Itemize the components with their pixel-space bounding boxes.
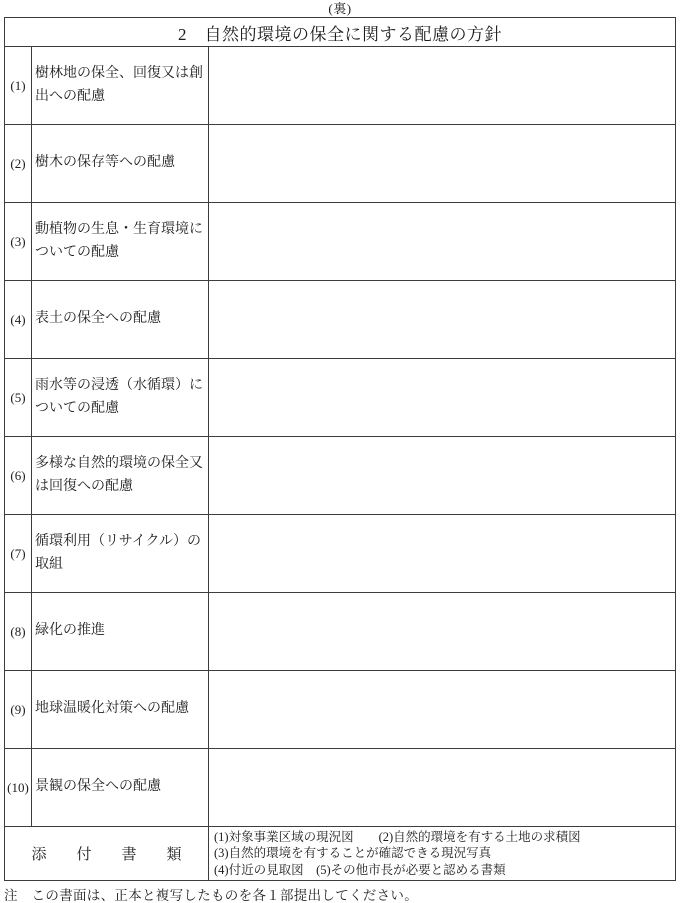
row-label: 循環利用（リサイクル）の取組	[31, 515, 208, 592]
attachments-row: 添 付 書 類 (1)対象事業区域の現況図 (2)自然的環境を有する土地の求積図…	[5, 826, 675, 880]
row-label: 緑化の推進	[31, 593, 208, 670]
table-row: (2) 樹木の保存等への配慮	[5, 124, 675, 202]
attachment-line: (3)自然的環境を有することが確認できる現況写真	[214, 845, 670, 861]
row-label: 動植物の生息・生育環境についての配慮	[31, 203, 208, 280]
table-row: (3) 動植物の生息・生育環境についての配慮	[5, 202, 675, 280]
row-number: (4)	[5, 281, 31, 358]
row-label: 多様な自然的環境の保全又は回復への配慮	[31, 437, 208, 514]
row-number: (7)	[5, 515, 31, 592]
row-content-cell	[208, 47, 675, 124]
footer-note: 注 この書面は、正本と複写したものを各１部提出してください。	[4, 884, 680, 903]
row-content-cell	[208, 593, 675, 670]
table-row: (5) 雨水等の浸透（水循環）についての配慮	[5, 358, 675, 436]
attachments-label: 添 付 書 類	[5, 827, 208, 880]
page-side-label: (裏)	[0, 0, 680, 17]
row-number: (10)	[5, 749, 31, 826]
table-row: (10) 景観の保全への配慮	[5, 748, 675, 826]
table-title: 2 自然的環境の保全に関する配慮の方針	[5, 18, 675, 46]
row-label: 表土の保全への配慮	[31, 281, 208, 358]
row-content-cell	[208, 749, 675, 826]
row-label: 地球温暖化対策への配慮	[31, 671, 208, 748]
row-content-cell	[208, 203, 675, 280]
row-label: 樹木の保存等への配慮	[31, 125, 208, 202]
row-label: 樹林地の保全、回復又は創出への配慮	[31, 47, 208, 124]
row-number: (1)	[5, 47, 31, 124]
row-content-cell	[208, 437, 675, 514]
row-number: (2)	[5, 125, 31, 202]
row-number: (3)	[5, 203, 31, 280]
table-row: (6) 多様な自然的環境の保全又は回復への配慮	[5, 436, 675, 514]
row-label: 雨水等の浸透（水循環）についての配慮	[31, 359, 208, 436]
table-row: (9) 地球温暖化対策への配慮	[5, 670, 675, 748]
row-label: 景観の保全への配慮	[31, 749, 208, 826]
table-row: (7) 循環利用（リサイクル）の取組	[5, 514, 675, 592]
row-number: (6)	[5, 437, 31, 514]
row-number: (5)	[5, 359, 31, 436]
table-row: (1) 樹林地の保全、回復又は創出への配慮	[5, 46, 675, 124]
row-content-cell	[208, 281, 675, 358]
row-content-cell	[208, 515, 675, 592]
attachment-line: (1)対象事業区域の現況図 (2)自然的環境を有する土地の求積図	[214, 829, 670, 845]
row-content-cell	[208, 671, 675, 748]
natural-environment-policy-table: 2 自然的環境の保全に関する配慮の方針 (1) 樹林地の保全、回復又は創出への配…	[4, 17, 676, 881]
row-number: (9)	[5, 671, 31, 748]
table-row: (4) 表土の保全への配慮	[5, 280, 675, 358]
attachment-line: (4)付近の見取図 (5)その他市長が必要と認める書類	[214, 862, 670, 878]
form-page-back: (裏) 2 自然的環境の保全に関する配慮の方針 (1) 樹林地の保全、回復又は創…	[0, 0, 680, 903]
table-row: (8) 緑化の推進	[5, 592, 675, 670]
row-content-cell	[208, 359, 675, 436]
row-number: (8)	[5, 593, 31, 670]
attachments-list: (1)対象事業区域の現況図 (2)自然的環境を有する土地の求積図 (3)自然的環…	[208, 827, 675, 880]
row-content-cell	[208, 125, 675, 202]
